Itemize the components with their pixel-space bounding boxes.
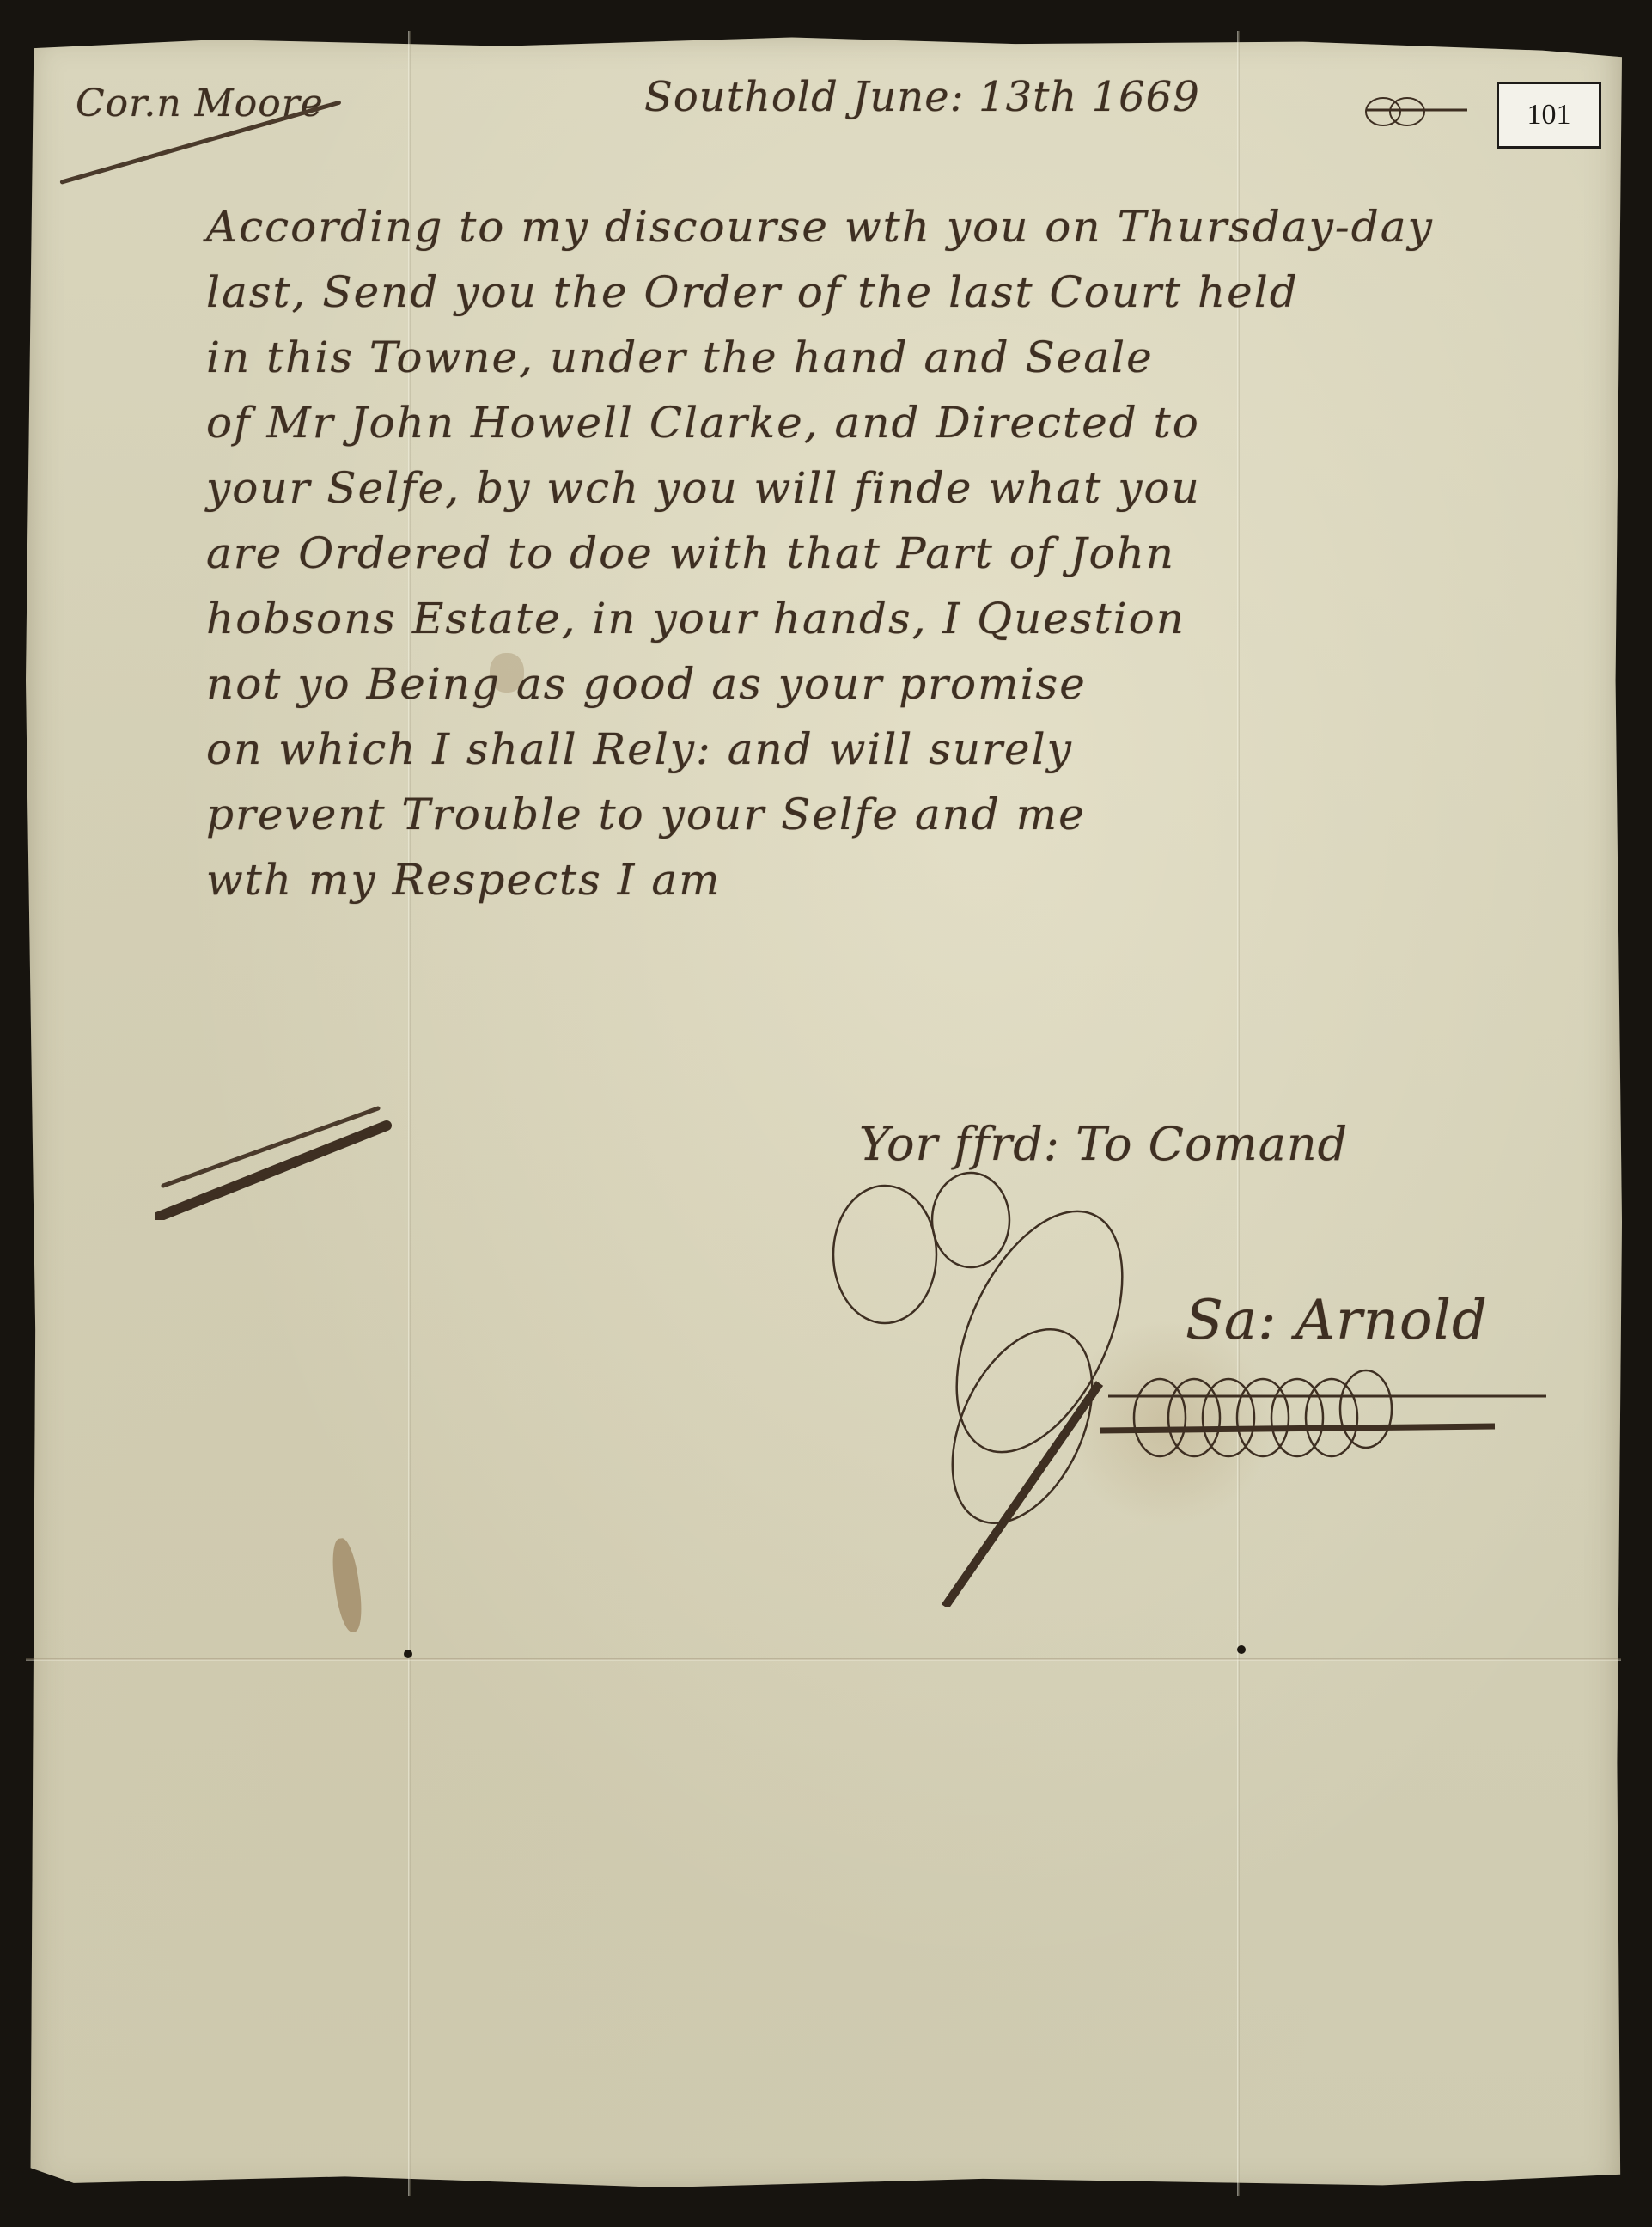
body-line: your Selfe, by wch you will finde what y…	[206, 463, 1581, 528]
fold-line-horizontal	[26, 1658, 1621, 1661]
body-line: prevent Trouble to your Selfe and me	[206, 790, 1581, 855]
dateline-flourish-icon	[1357, 93, 1469, 127]
signature: Sa: Arnold	[1186, 1289, 1488, 1352]
body-line: on which I shall Rely: and will surely	[206, 724, 1581, 790]
body-line: in this Towne, under the hand and Seale	[206, 333, 1581, 398]
margin-dash-strokes-icon	[155, 1091, 412, 1220]
body-line: wth my Respects I am	[206, 855, 1581, 920]
body-line: last, Send you the Order of the last Cou…	[206, 267, 1581, 333]
folio-number-label: 101	[1497, 82, 1601, 149]
body-line: are Ordered to doe with that Part of Joh…	[206, 528, 1581, 594]
body-line: of Mr John Howell Clarke, and Directed t…	[206, 398, 1581, 463]
body-line: not yo Being as good as your promise	[206, 659, 1581, 724]
body-line: hobsons Estate, in your hands, I Questio…	[206, 594, 1581, 659]
dateline: Southold June: 13th 1669	[644, 73, 1200, 121]
letter-body: According to my discourse wth you on Thu…	[206, 202, 1581, 920]
pin-hole	[404, 1650, 412, 1658]
body-line: According to my discourse wth you on Thu…	[206, 202, 1581, 267]
signature-flourish-icon	[808, 1143, 1624, 1607]
pin-hole	[1237, 1645, 1246, 1654]
